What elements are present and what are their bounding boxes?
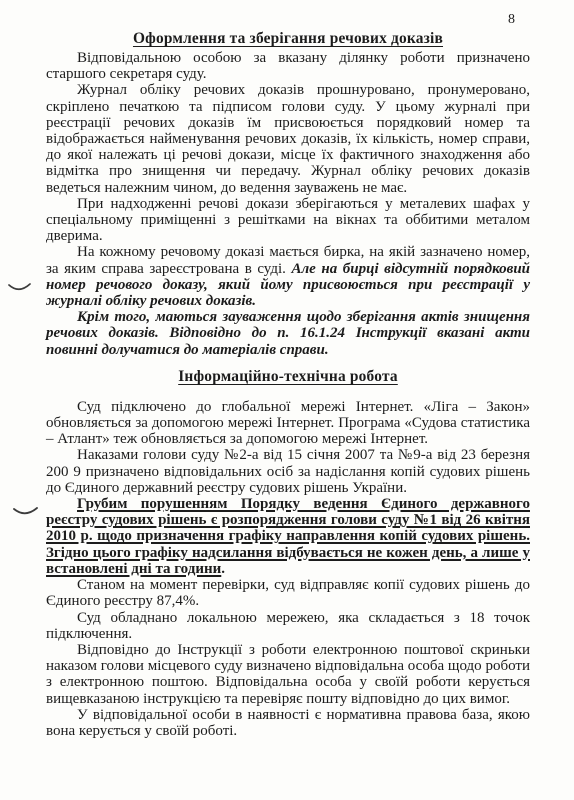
handwritten-tick-icon [12, 505, 40, 519]
paragraph-registry-violation: Грубим порушенням Порядку ведення Єдиног… [46, 496, 530, 577]
paragraph-local-network: Суд обладнано локальною мережею, яка скл… [46, 610, 530, 642]
paragraph-run-violation: Грубим порушенням Порядку ведення Єдиног… [46, 496, 530, 577]
paragraph-destruction-acts-remark: Крім того, маються зауваження щодо збері… [46, 309, 530, 358]
section-heading-it-work: Інформаційно-технічна робота [46, 368, 530, 385]
document-body: Оформлення та зберігання речових доказів… [46, 30, 530, 739]
paragraph-evidence-storage: При надходженні речові докази зберігають… [46, 196, 530, 245]
paragraph-court-orders: Наказами голови суду №2-а від 15 січня 2… [46, 447, 530, 496]
paragraph-registry-percentage: Станом на момент перевірки, суд відправл… [46, 577, 530, 609]
scanned-document-page: 8 Оформлення та зберігання речових доказ… [0, 0, 574, 800]
handwritten-tick-icon [7, 282, 33, 295]
paragraph-email-responsible: Відповідно до Інструкції з роботи електр… [46, 642, 530, 707]
section-heading-text: Оформлення та зберігання речових доказів [133, 30, 443, 47]
paragraph-responsible-person: Відповідальною особою за вказану ділянку… [46, 50, 530, 82]
paragraph-legal-base: У відповідальної особи в наявності є нор… [46, 707, 530, 739]
section-heading-text: Інформаційно-технічна робота [178, 368, 398, 385]
paragraph-internet-connection: Суд підключено до глобальної мережі Інте… [46, 399, 530, 448]
paragraph-evidence-tag: На кожному речовому доказі мається бирка… [46, 244, 530, 309]
paragraph-evidence-journal: Журнал обліку речових доказів прошнурова… [46, 82, 530, 195]
page-number: 8 [508, 12, 515, 27]
paragraph-run-period: . [221, 561, 225, 577]
section-heading-evidence-handling: Оформлення та зберігання речових доказів [46, 30, 530, 47]
